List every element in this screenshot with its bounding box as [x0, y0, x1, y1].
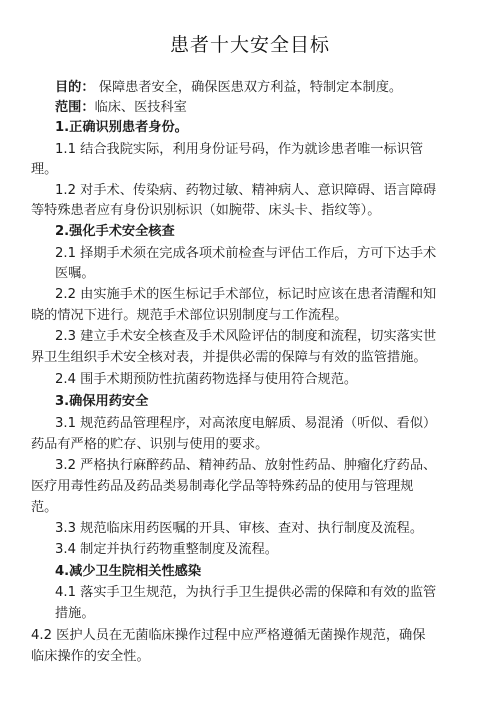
paragraph-line: 1.1 结合我院实际，利用身份证号码，作为就诊患者唯一标识管	[55, 141, 423, 159]
section-heading: 4.减少卫生院相关性感染	[55, 563, 201, 581]
paragraph-line: 范。	[31, 499, 57, 517]
paragraph-line: 4.1 落实手卫生规范，为执行手卫生提供必需的保障和有效的监管	[55, 584, 436, 602]
section-heading: 2.强化手术安全核查	[55, 223, 175, 241]
paragraph-line: 1.2 对手术、传染病、药物过敏、精神病人、意识障碍、语言障碍	[55, 182, 436, 200]
paragraph-line: 2.1 择期手术须在完成各项术前检查与评估工作后，方可下达手术	[55, 245, 436, 263]
paragraph-line: 3.4 制定并执行药物重整制度及流程。	[55, 541, 278, 559]
purpose-label: 目的：	[55, 80, 95, 95]
paragraph-line: 3.1 规范药品管理程序，对高浓度电解质、易混淆（听似、看似）	[55, 415, 436, 433]
purpose-line: 目的： 保障患者安全，确保医患双方利益，特制定本制度。	[55, 79, 402, 97]
paragraph-line: 3.2 严格执行麻醉药品、精神药品、放射性药品、肿瘤化疗药品、	[55, 457, 436, 475]
section-heading: 3.确保用药安全	[55, 393, 148, 411]
section-heading: 1.正确识别患者身份。	[55, 119, 188, 137]
paragraph-line: 医疗用毒性药品及药品类易制毒化学品等特殊药品的使用与管理规	[31, 478, 413, 496]
purpose-text: 保障患者安全，确保医患双方利益，特制定本制度。	[95, 80, 403, 95]
scope-label: 范围：	[55, 100, 95, 115]
paragraph-line: 理。	[31, 161, 57, 179]
paragraph-line: 医嘱。	[55, 265, 95, 283]
paragraph-line: 2.3 建立手术安全核查及手术风险评估的制度和流程，切实落实世	[55, 328, 436, 346]
scope-line: 范围：临床、医技科室	[55, 99, 187, 117]
document-page: 患者十大安全目标 目的： 保障患者安全，确保医患双方利益，特制定本制度。 范围：…	[0, 0, 500, 707]
scope-text: 临床、医技科室	[95, 100, 187, 115]
document-title: 患者十大安全目标	[0, 30, 500, 57]
paragraph-line: 措施。	[55, 605, 95, 623]
paragraph-line: 3.3 规范临床用药医嘱的开具、审核、查对、执行制度及流程。	[55, 520, 423, 538]
paragraph-line: 界卫生组织手术安全核对表，并提供必需的保障与有效的监管措施。	[31, 349, 427, 367]
paragraph-line: 临床操作的安全性。	[31, 648, 150, 666]
paragraph-line: 药品有严格的贮存、识别与使用的要求。	[31, 436, 268, 454]
paragraph-line: 晓的情况下进行。规范手术部位识别制度与工作流程。	[31, 307, 348, 325]
paragraph-line: 2.2 由实施手术的医生标记手术部位，标记时应该在患者清醒和知	[55, 286, 436, 304]
paragraph-line: 4.2 医护人员在无菌临床操作过程中应严格遵循无菌操作规范，确保	[31, 627, 425, 645]
paragraph-line: 2.4 围手术期预防性抗菌药物选择与使用符合规范。	[55, 371, 357, 389]
paragraph-line: 等特殊患者应有身份识别标识（如腕带、床头卡、指纹等）。	[31, 202, 380, 220]
